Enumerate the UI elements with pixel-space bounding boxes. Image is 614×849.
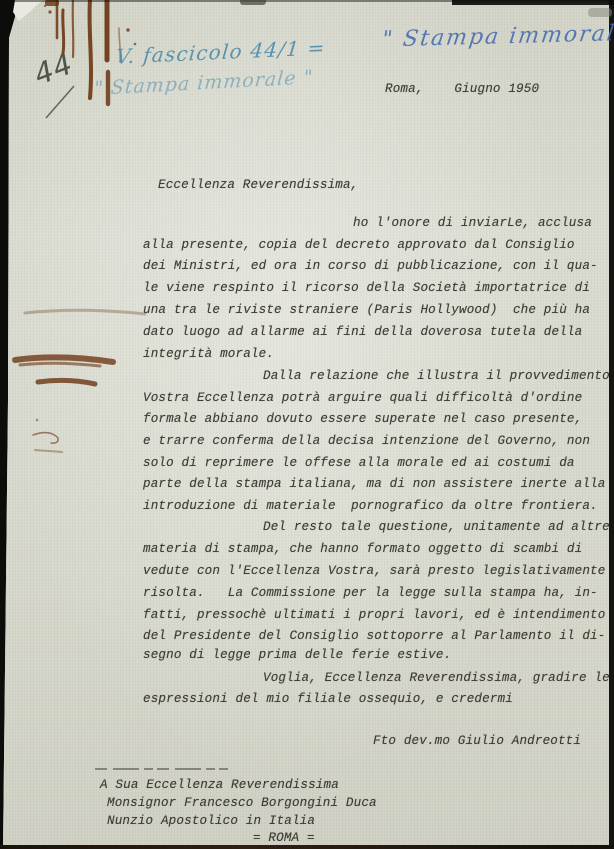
letter-line: e trarre conferma della decisa intenzion… [143,434,590,449]
letter-line: segno di legge prima delle ferie estive. [143,648,451,663]
letter-line: Vostra Eccellenza potrà arguire quali di… [143,391,582,406]
letter-line: Dalla relazione che illustra il provvedi… [263,369,610,384]
letter-line: solo di reprimere le offese alla morale … [143,456,575,471]
letter-line: una tra le riviste straniere (Paris Holl… [143,303,590,318]
scanned-letter-page: 44 V. fascicolo 44/1 = " Stampa immorale… [0,0,614,849]
letter-line: alla presente, copia del decreto approva… [143,238,575,253]
signature: Fto dev.mo Giulio Andreotti [373,734,581,749]
letter-line: dato luogo ad allarme ai fini della dove… [143,325,582,340]
letter-line: integrità morale. [143,347,274,362]
letter-line: ho l'onore di inviarLe, acclusa [353,216,592,231]
letter-line: materia di stampa, che hanno formato ogg… [143,542,582,557]
recipient-line: Monsignor Francesco Borgongini Duca [107,796,377,811]
scan-smudge [240,0,266,5]
letter-line: fatti, pressochè ultimati i propri lavor… [143,608,605,623]
recipient-line: A Sua Eccellenza Reverendissima [100,778,339,793]
salutation: Eccellenza Reverendissima, [158,178,358,193]
letter-line: introduzione di materiale pornografico d… [143,499,598,514]
scan-edge-right [609,0,614,849]
letter-line: espressioni del mio filiale ossequio, e … [143,692,513,707]
letter-line: Del resto tale questione, unitamente ad … [263,520,614,535]
letter-line: del Presidente del Consiglio sottoporre … [143,629,605,644]
letter-line: vedute con l'Eccellenza Vostra, sarà pre… [143,564,605,579]
recipient-city: = ROMA = [253,831,315,846]
dateline: Roma, Giugno 1950 [385,82,539,97]
scan-edge-top-right [452,0,614,5]
letter-line: Voglia, Eccellenza Reverendissima, gradi… [263,671,610,686]
recipient-line: Nunzio Apostolico in Italia [107,814,315,829]
letter-line: parte della stampa italiana, ma di non a… [143,477,605,492]
letter-line: risolta. La Commissione per la legge sul… [143,586,598,601]
letter-line: formale abbiano dovuto essere superate n… [143,412,582,427]
letter-line: dei Ministri, ed ora in corso di pubblic… [143,259,598,274]
letter-line: le viene respinto il ricorso della Socie… [143,281,590,296]
scan-smudge [588,8,612,17]
